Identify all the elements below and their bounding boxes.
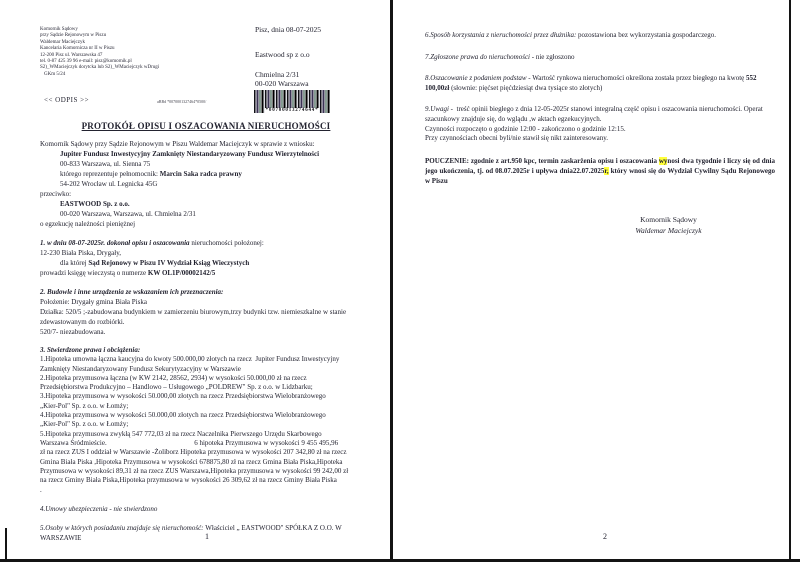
page-2-body: 6.Sposób korzystania z nieruchomości prz…: [425, 31, 775, 186]
place-date: Pisz, dnia 08-07-2025: [255, 25, 321, 34]
pouczenie-paragraph: POUCZENIE: zgodnie z art.950 kpc, termin…: [425, 156, 775, 186]
stray-dot: .: [40, 485, 376, 495]
addressee-city: 00-020 Warszawa: [255, 79, 321, 88]
addressee-block: Pisz, dnia 08-07-2025 Eastwood sp z o.o …: [255, 25, 321, 88]
barcode-caption: aBBd *0070001327464*0500/: [157, 99, 206, 104]
section-6: 6.Sposób korzystania z nieruchomości prz…: [425, 31, 775, 41]
signature-role: Komornik Sądowy: [596, 214, 741, 225]
signature-block: Komornik Sądowy Waldemar Maciejczyk: [596, 214, 741, 236]
section-1: 1. w dniu 08-07-2025r. dokonał opisu i o…: [40, 238, 376, 278]
section-8: 8.Oszacowanie z podaniem podstaw - Warto…: [425, 74, 775, 93]
barcode-number: *00700013274644*: [265, 108, 320, 113]
bottom-edge-line: [0, 559, 800, 562]
representative-address: 54-202 Wrocław ul. Legnicka 45G: [40, 179, 376, 189]
addressee-name: Eastwood sp z o.o: [255, 50, 321, 59]
section-9: 9.Uwagi - treść opinii biegłego z dnia 1…: [425, 105, 775, 143]
sender-line: S2)_WMaciejczyk dorytcka lub S2)_WMaciej…: [40, 65, 159, 71]
page-1-number: 1: [205, 532, 209, 541]
section-2: 2. Budowle i inne urządzenia ze wskazani…: [40, 287, 376, 337]
representative-line: którego reprezentuje pełnomocnik: Marcin…: [40, 169, 376, 179]
addressee-street: Chmielna 2/31: [255, 70, 321, 79]
sender-line: GKm 5/24: [40, 72, 159, 78]
mortgage-list: 1.Hipoteka umowna łączna kaucyjna do kwo…: [40, 355, 376, 485]
page-divider-line: [390, 0, 393, 560]
creditor-address: 00-833 Warszawa, ul. Sienna 75: [40, 159, 376, 169]
property-address: 12-230 Biała Piska, Drygały,: [40, 248, 376, 258]
section-4: 4.Umowy ubezpieczenia - nie stwierdzono: [40, 504, 376, 514]
scanned-document-spread: Komornik Sądowy przy Sądzie Rejonowym w …: [0, 0, 800, 569]
case-intro: Komornik Sądowy przy Sądzie Rejonowym w …: [40, 139, 376, 149]
left-edge-tick: [5, 528, 7, 560]
debtor-address: 00-020 Warszawa, Warszawa, ul. Chmielna …: [40, 209, 376, 219]
section-2-heading: 2. Budowle i inne urządzenia ze wskazani…: [40, 287, 376, 297]
claim-type: o egzekucję należności pieniężnej: [40, 219, 376, 229]
debtor-name: EASTWOOD Sp. z o.o.: [40, 199, 376, 209]
right-edge-line: [789, 0, 791, 560]
document-title: PROTOKÓŁ OPISU I OSZACOWANIA NIERUCHOMOŚ…: [38, 121, 374, 131]
page-1-body: Komornik Sądowy przy Sądzie Rejonowym w …: [40, 139, 376, 543]
court-name: Sąd Rejonowy w Piszu IV Wydział Ksiąg Wi…: [88, 259, 249, 267]
representative-name: Marcin Saka radca prawny: [160, 170, 242, 178]
section-3-heading: 3. Stwierdzone prawa i obciążenia:: [40, 346, 376, 355]
land-register-number: KW OL1P/00002142/5: [148, 269, 215, 277]
section-7: 7.Zgłoszone prawa do nieruchomości - nie…: [425, 53, 775, 63]
signature-name: Waldemar Maciejczyk: [596, 225, 741, 236]
section-3: 3. Stwierdzone prawa i obciążenia: 1.Hip…: [40, 346, 376, 485]
odpis-stamp: << ODPIS >>: [44, 96, 89, 104]
barcode: *00700013274644*: [254, 90, 330, 113]
sender-letterhead: Komornik Sądowy przy Sądzie Rejonowym w …: [40, 27, 159, 78]
page-2-number: 2: [603, 532, 607, 541]
creditor-name: Jupiter Fundusz Inwestycyjny Zamknięty N…: [40, 149, 376, 159]
against-label: przeciwko:: [40, 189, 376, 199]
